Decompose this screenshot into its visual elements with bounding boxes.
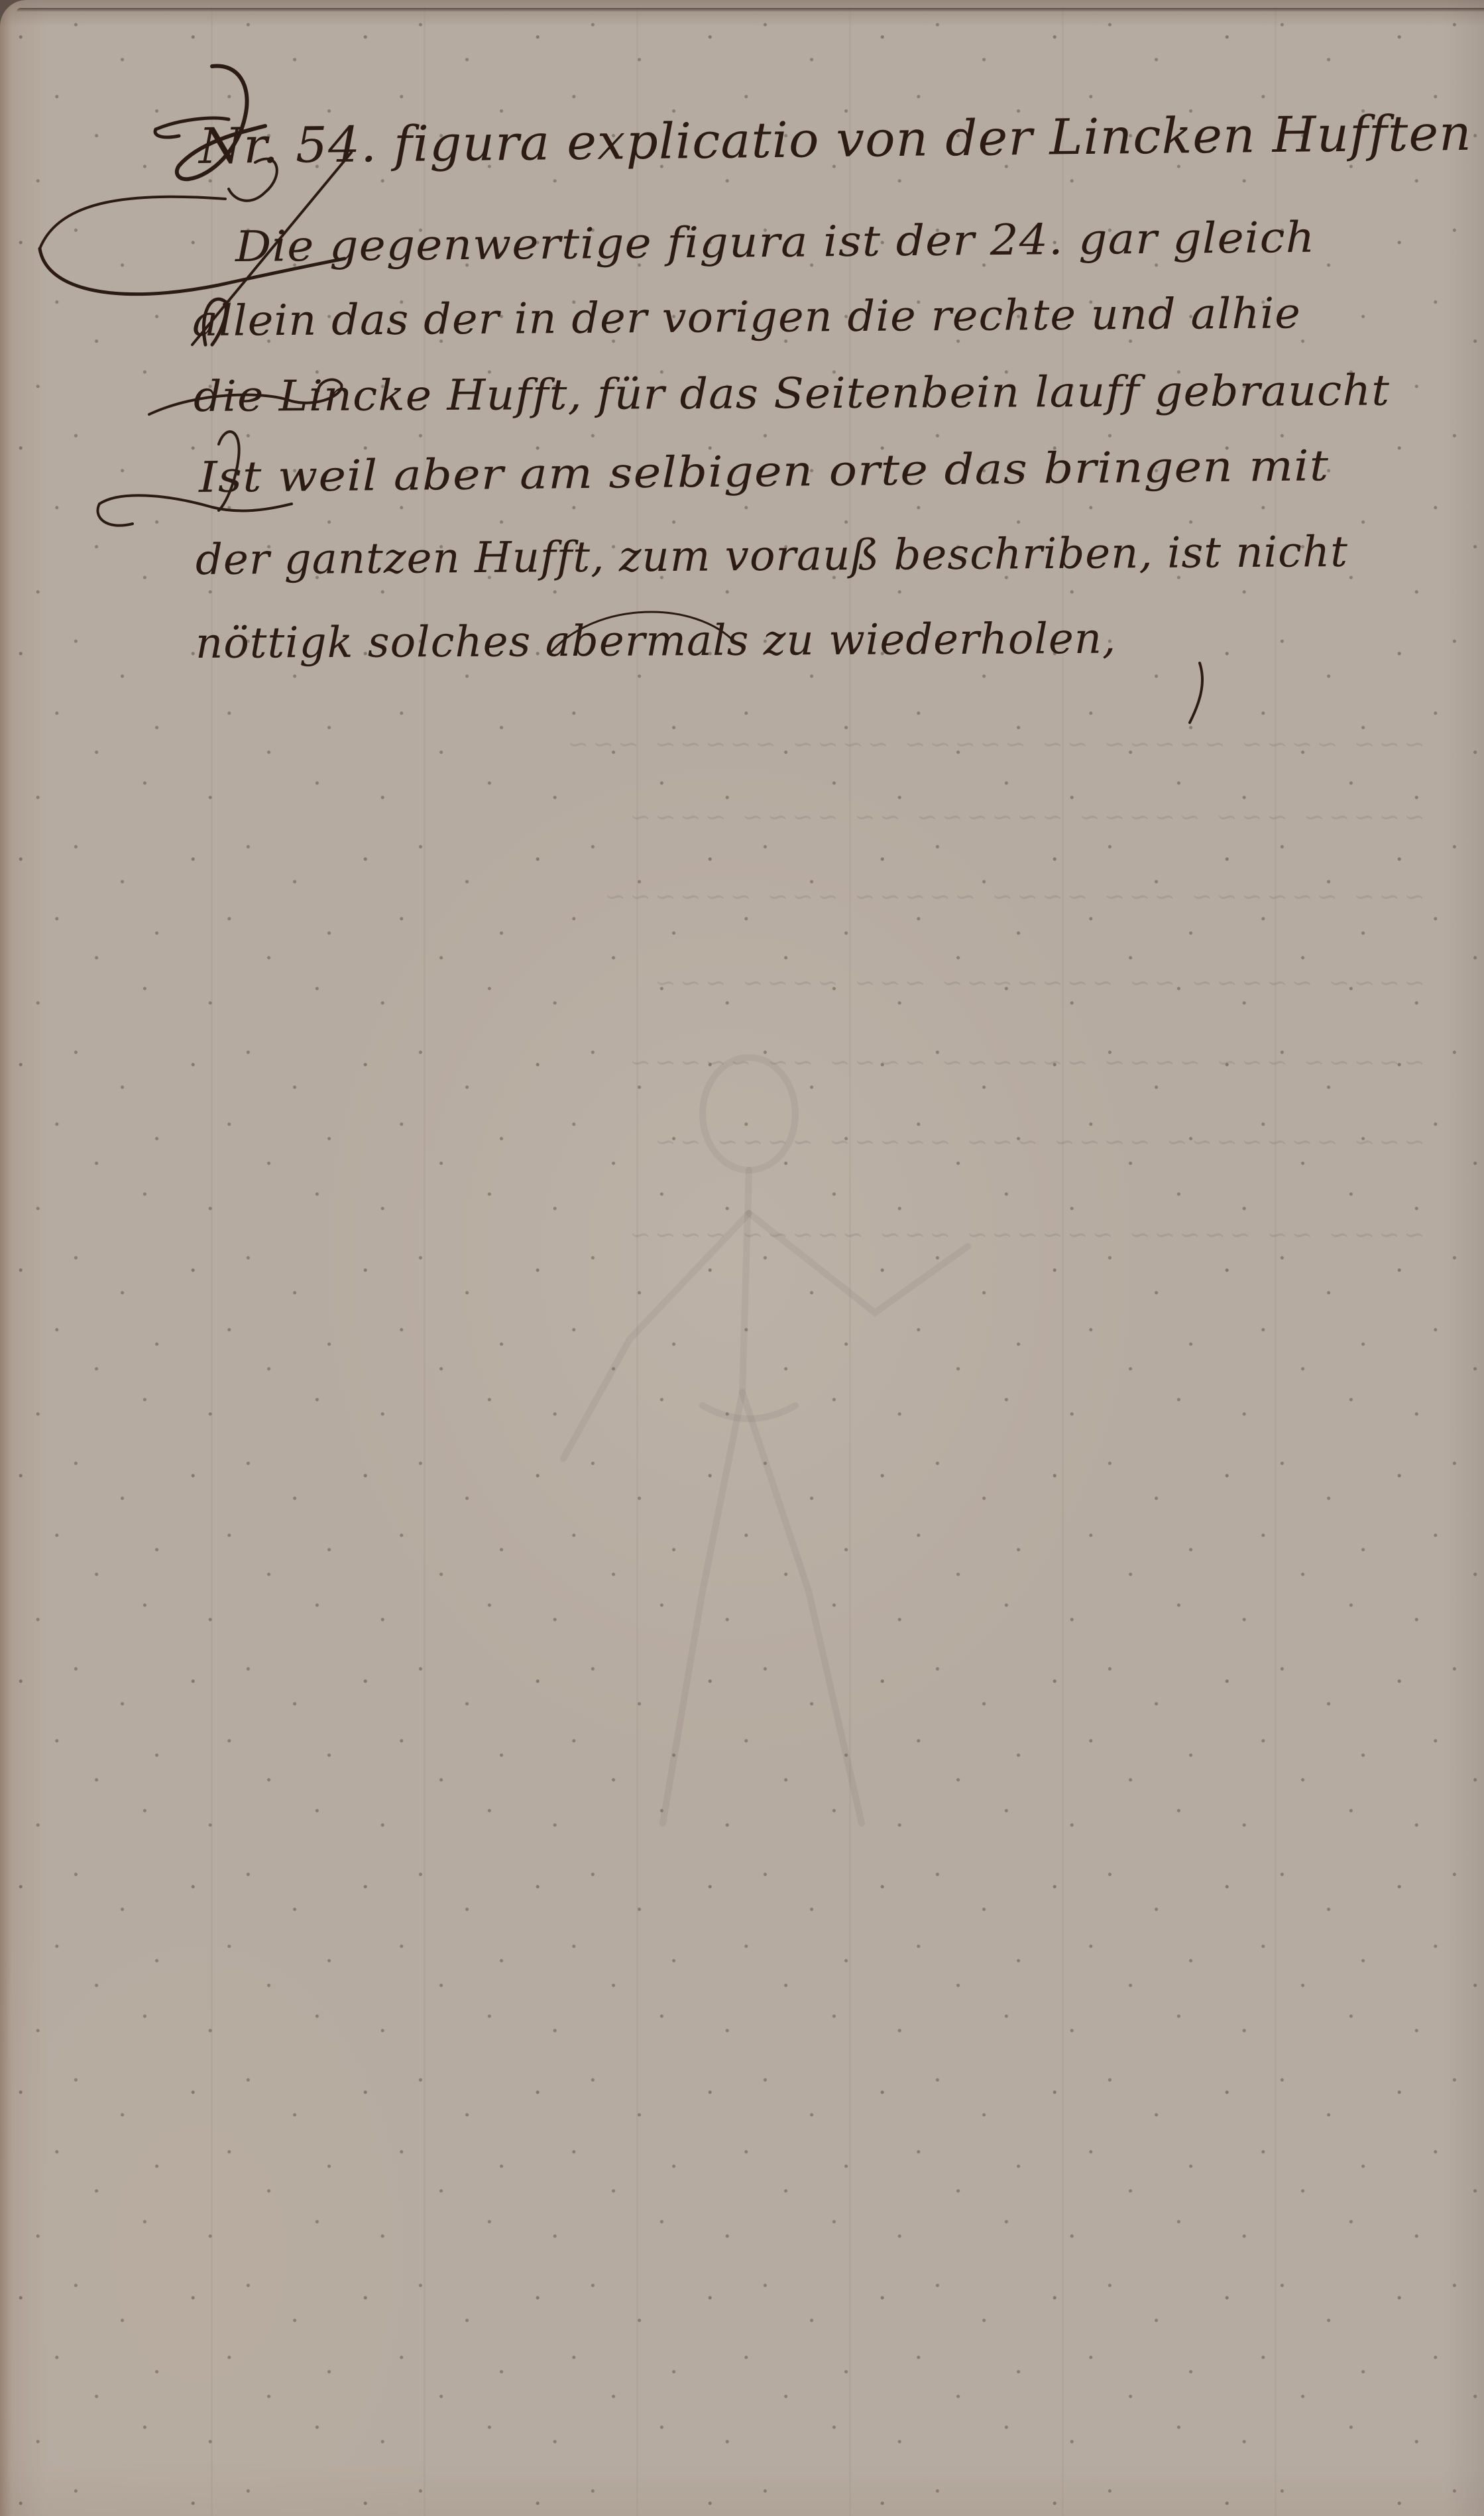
bleed-line: ~~~ ~~~~ ~~~~~ ~~ ~~~~~ ~~~~ ~~~~~ ~~~ (166, 729, 1425, 756)
bleed-line: ~~~~~ ~~~ ~~~~~ ~~~~~~ ~~ ~~~~ ~~~~ (166, 802, 1425, 829)
manuscript-line: die Lincke Hufft, für das Seitenbein lau… (194, 367, 1390, 422)
bleed-line: ~~~ ~~~~~~~ ~~~~ ~~~ ~~~~~ ~~~~ ~~ (166, 1127, 1425, 1154)
manuscript-page: ~~~ ~~~~ ~~~~~ ~~ ~~~~~ ~~~~ ~~~~~ ~~~ ~… (0, 0, 1484, 2516)
manuscript-text-block: Nr. 54. figura explicatio von der Lincke… (0, 0, 1484, 729)
manuscript-line: Ist weil aber am selbigen orte das bring… (199, 442, 1330, 503)
bleed-line: ~~~~ ~~~~~ ~~ ~~~~~~~ ~~~ ~~~~ ~~~ (166, 968, 1425, 994)
manuscript-line: Die gegenwertige figura ist der 24. gar … (235, 213, 1316, 272)
manuscript-heading: Nr. 54. figura explicatio von der Lincke… (199, 105, 1473, 175)
manuscript-line: der gantzen Hufft, zum vorauß beschriben… (196, 528, 1348, 585)
bleed-line: ~~~~~ ~~~ ~~~~ ~~~~~~ ~~~~ ~~ ~~~~~ (166, 1048, 1425, 1074)
bleed-line: ~~~~ ~~ ~~~~~ ~~~~~~ ~~~ ~~~~~ ~~~~ (166, 1220, 1425, 1246)
manuscript-line: allein das der in der vorigen die rechte… (192, 289, 1301, 346)
bleed-through-figure-illustration (464, 994, 1060, 1923)
bleed-line: ~~~ ~~~~~~ ~~~ ~~~~ ~~~~~ ~~~ ~~~~~~ (166, 882, 1425, 908)
manuscript-line: nöttigk solches abermals zu wiederholen, (196, 615, 1117, 668)
bleed-through-text: ~~~ ~~~~ ~~~~~ ~~ ~~~~~ ~~~~ ~~~~~ ~~~ ~… (166, 716, 1425, 1512)
